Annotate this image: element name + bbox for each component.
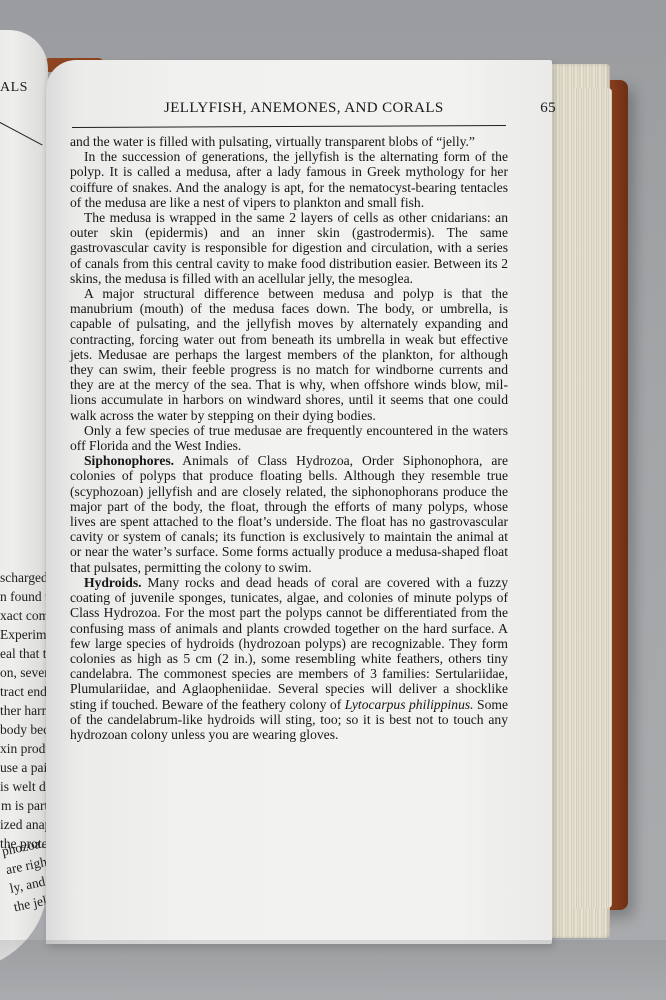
left-line: ther harmles	[0, 701, 48, 720]
paragraph: The medusa is wrapped in the same 2 laye…	[70, 210, 508, 286]
left-line: body becaus	[0, 720, 48, 739]
left-head-rule	[0, 122, 43, 145]
left-line: is welt disap	[0, 777, 48, 796]
paragraph: Only a few species of true medusae are f…	[70, 423, 508, 453]
left-line: scharged, the	[0, 568, 48, 587]
paragraph-text: Animals of Class Hydrozoa, Order Siphono…	[70, 453, 508, 574]
running-head: JELLYFISH, ANEMONES, AND CORALS 65	[164, 100, 556, 117]
left-line: tract ending	[0, 682, 48, 701]
left-text-fragments-upper: scharged, the n found that xact compos E…	[0, 568, 48, 853]
right-page: JELLYFISH, ANEMONES, AND CORALS 65 and t…	[46, 60, 552, 944]
page-edges-inner	[572, 88, 612, 908]
left-line: xact compos	[0, 606, 48, 625]
species-name: Lytocarpus philippinus.	[345, 697, 474, 712]
paragraph: In the succession of generations, the je…	[70, 149, 508, 210]
left-line: ized anaphy	[0, 815, 48, 834]
left-running-head: ALS	[0, 80, 28, 96]
paragraph-siphonophores: Siphonophores. Animals of Class Hydrozoa…	[70, 453, 508, 575]
left-line: Experiment	[0, 625, 48, 644]
paragraph: A major structural difference between me…	[70, 286, 508, 423]
left-line: on, severe d	[0, 663, 48, 682]
left-page: ALS scharged, the n found that xact comp…	[0, 30, 48, 970]
table-shadow	[0, 940, 666, 1000]
left-line: eal that the	[0, 644, 48, 663]
section-heading-hydroids: Hydroids.	[84, 575, 142, 590]
chapter-title: JELLYFISH, ANEMONES, AND CORALS	[164, 100, 444, 117]
section-heading-siphonophores: Siphonophores.	[84, 453, 174, 468]
left-line: n found that	[0, 587, 48, 606]
left-text-fragments-lower: phozoa. They are right, the ly, and sud …	[0, 830, 48, 917]
left-line: xin produced	[0, 739, 48, 758]
paragraph: and the water is filled with pulsating, …	[70, 134, 508, 149]
body-text: and the water is filled with pulsating, …	[70, 134, 508, 742]
left-line: m is partic	[0, 796, 48, 815]
page-number: 65	[540, 100, 556, 117]
head-rule	[72, 125, 506, 128]
left-line: use a painful	[0, 758, 48, 777]
paragraph-text: Many rocks and dead heads of coral are c…	[70, 575, 508, 712]
paragraph-hydroids: Hydroids. Many rocks and dead heads of c…	[70, 575, 508, 742]
